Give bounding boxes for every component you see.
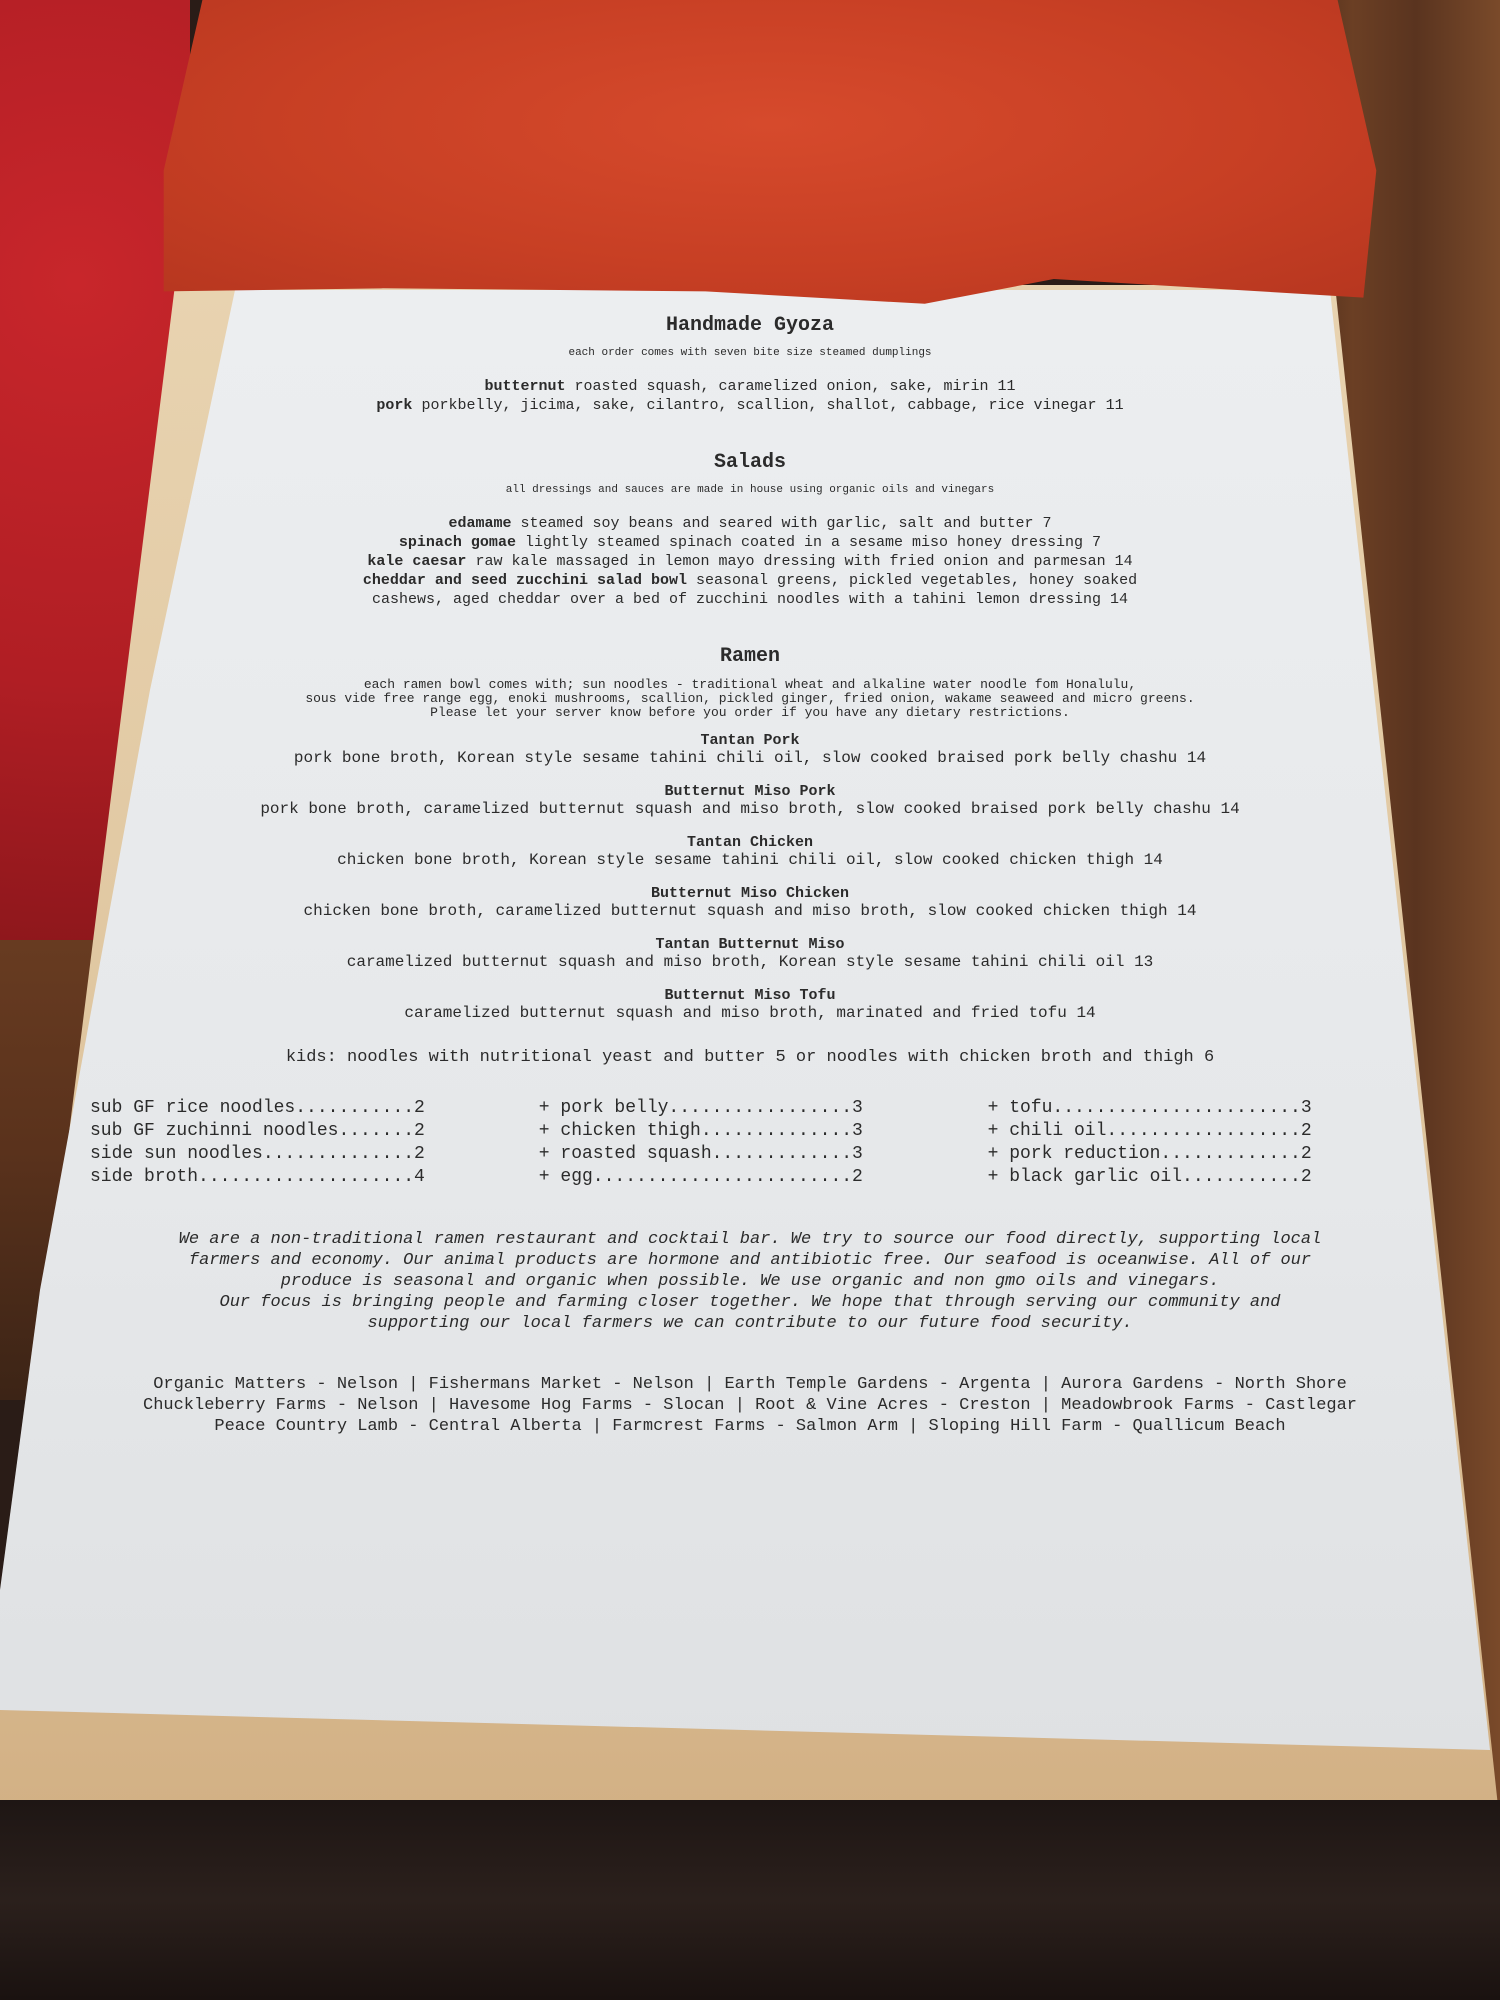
extras-column-subs: sub GF rice noodles...........2sub GF zu… (90, 1097, 512, 1189)
salads-note: all dressings and sauces are made in hou… (60, 484, 1440, 496)
ramen-dish: Butternut Miso Chickenchicken bone broth… (60, 885, 1440, 920)
salads-heading: Salads (60, 451, 1440, 474)
menu-item: spinach gomae lightly steamed spinach co… (60, 533, 1440, 552)
menu-item: edamame steamed soy beans and seared wit… (60, 514, 1440, 533)
red-napkin (125, 0, 1415, 310)
extras-section: sub GF rice noodles...........2sub GF zu… (60, 1097, 1440, 1189)
menu-item: cheddar and seed zucchini salad bowl sea… (60, 571, 1440, 590)
kids-menu-line: kids: noodles with nutritional yeast and… (60, 1048, 1440, 1067)
ramen-heading: Ramen (60, 645, 1440, 668)
gyoza-heading: Handmade Gyoza (60, 314, 1440, 337)
ramen-dish: Tantan Porkpork bone broth, Korean style… (60, 732, 1440, 767)
extras-column-addons: + tofu.......................3+ chili oi… (988, 1097, 1410, 1189)
ramen-dish: Tantan Butternut Misocaramelized buttern… (60, 936, 1440, 971)
menu-item-continued: cashews, aged cheddar over a bed of zucc… (60, 590, 1440, 609)
salads-section: Salads all dressings and sauces are made… (60, 451, 1440, 609)
menu-item: butternut roasted squash, caramelized on… (60, 377, 1440, 396)
menu-content: Handmade Gyoza each order comes with sev… (60, 300, 1440, 1437)
ramen-dish: Butternut Miso Tofucaramelized butternut… (60, 987, 1440, 1022)
menu-item: pork porkbelly, jicima, sake, cilantro, … (60, 396, 1440, 415)
about-paragraph: We are a non-traditional ramen restauran… (60, 1229, 1440, 1334)
ramen-section: Ramen each ramen bowl comes with; sun no… (60, 645, 1440, 1067)
gyoza-note: each order comes with seven bite size st… (60, 347, 1440, 359)
ramen-intro: each ramen bowl comes with; sun noodles … (60, 678, 1440, 720)
ramen-dish: Tantan Chickenchicken bone broth, Korean… (60, 834, 1440, 869)
gyoza-section: Handmade Gyoza each order comes with sev… (60, 314, 1440, 415)
menu-item: kale caesar raw kale massaged in lemon m… (60, 552, 1440, 571)
farm-suppliers-list: Organic Matters - Nelson | Fishermans Ma… (60, 1374, 1440, 1437)
dark-foreground (0, 1800, 1500, 2000)
extras-column-proteins: + pork belly.................3+ chicken … (539, 1097, 961, 1189)
ramen-dish: Butternut Miso Porkpork bone broth, cara… (60, 783, 1440, 818)
